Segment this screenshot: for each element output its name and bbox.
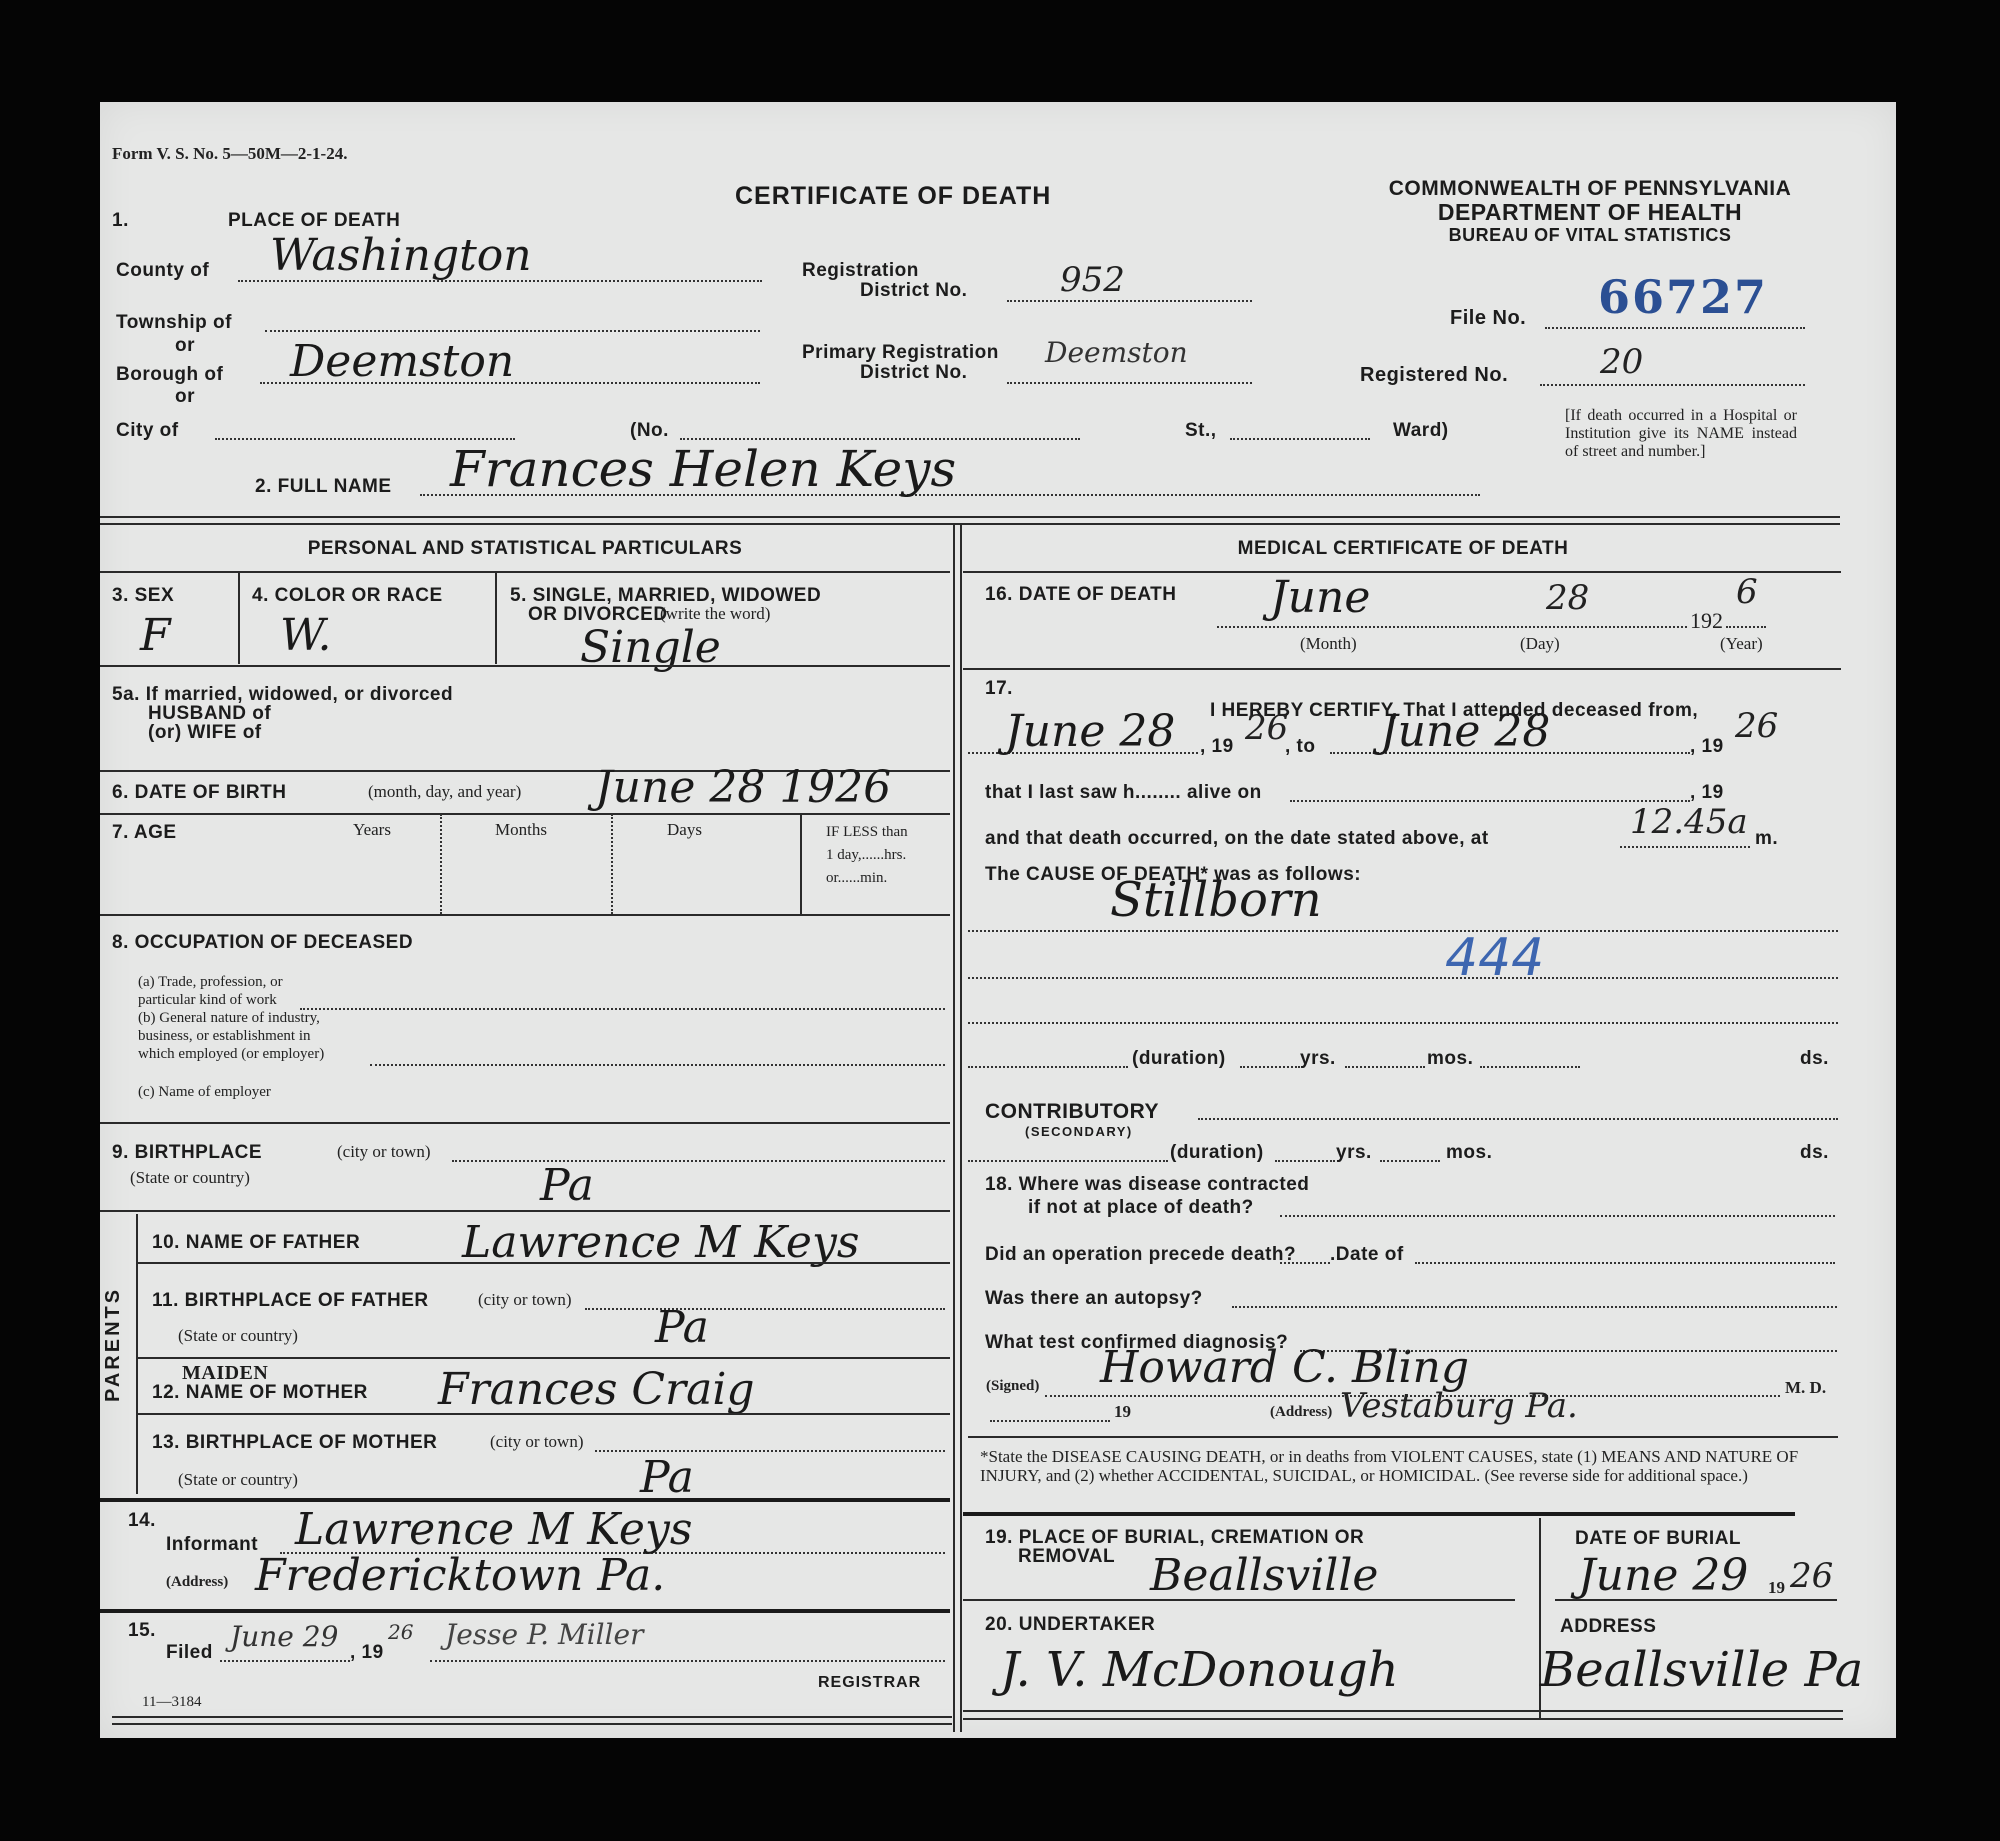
agency-line-2: DEPARTMENT OF HEALTH [1360, 199, 1820, 226]
file-no-line [1545, 327, 1805, 329]
primary-reg-line [1007, 382, 1252, 384]
cause-value[interactable]: Stillborn [1110, 872, 1322, 928]
certificate-title: CERTIFICATE OF DEATH [735, 182, 1051, 211]
operation-question: Did an operation precede death? [985, 1244, 1296, 1266]
age-months-label: Months [495, 820, 547, 840]
column-divider-right [960, 525, 962, 1732]
registrar-line [430, 1660, 945, 1662]
primary-reg-value[interactable]: Deemston [1045, 336, 1188, 369]
yrs-label-1: yrs. [1300, 1048, 1336, 1070]
rule-after-dob [100, 813, 950, 815]
attended-from-19: , 19 [1200, 736, 1234, 758]
bottom-rule-right-1 [963, 1710, 1843, 1712]
mos-label-1: mos. [1427, 1048, 1473, 1070]
date-of-death-day[interactable]: 28 [1546, 578, 1589, 618]
age-divider-2 [611, 814, 613, 914]
informant-address-label: (Address) [166, 1574, 228, 1591]
rule-after-father [138, 1262, 950, 1264]
informant-address-value[interactable]: Fredericktown Pa. [255, 1550, 665, 1601]
informant-value[interactable]: Lawrence M Keys [295, 1504, 692, 1555]
father-name-value[interactable]: Lawrence M Keys [462, 1217, 859, 1268]
mother-birthplace-city-hint: (city or town) [490, 1432, 583, 1452]
month-caption: (Month) [1300, 634, 1357, 654]
reg-district-value[interactable]: 952 [1060, 260, 1125, 300]
full-name-label: 2. FULL NAME [255, 476, 392, 498]
attended-to-date[interactable]: June 28 [1380, 706, 1550, 757]
sign-year-label: 19 [1114, 1402, 1131, 1422]
age-days-label: Days [667, 820, 702, 840]
city-label: City of [116, 420, 179, 442]
filed-year-value[interactable]: 26 [388, 1620, 413, 1644]
occupation-c: (c) Name of employer [138, 1084, 271, 1101]
informant-label: Informant [166, 1534, 258, 1556]
mother-birthplace-label: 13. BIRTHPLACE OF MOTHER [152, 1432, 437, 1454]
bottom-rule-right-2 [963, 1718, 1843, 1720]
cause-line-1 [968, 930, 1838, 932]
date-of-death-year-line [1726, 626, 1766, 628]
rule-after-informant [100, 1609, 950, 1613]
filed-item-number: 15. [128, 1620, 156, 1642]
last-saw-text: that I last saw h........ alive on [985, 782, 1262, 804]
secondary-label: (SECONDARY) [1025, 1124, 1133, 1139]
duration-label-1: (duration) [1132, 1048, 1226, 1070]
mother-birthplace-value[interactable]: Pa [640, 1452, 694, 1503]
agency-line-3: BUREAU OF VITAL STATISTICS [1360, 225, 1820, 246]
operation-answer-line [1280, 1262, 1330, 1264]
occupation-b-3: which employed (or employer) [138, 1046, 324, 1063]
death-time-value[interactable]: 12.45a [1630, 802, 1748, 842]
sign-date-line [990, 1420, 1110, 1422]
father-birthplace-line [585, 1308, 945, 1310]
rule-after-personal-heading [100, 571, 950, 573]
file-no-stamp: 66727 [1598, 270, 1768, 324]
autopsy-line [1232, 1306, 1837, 1308]
rule-after-date-of-death [963, 668, 1841, 670]
medical-heading: MEDICAL CERTIFICATE OF DEATH [963, 538, 1843, 560]
operation-date-label: .Date of [1330, 1244, 1404, 1266]
q18-line [1280, 1215, 1835, 1217]
rule-after-parents [100, 1498, 950, 1502]
date-of-death-line [1217, 626, 1687, 628]
place-of-death-heading: PLACE OF DEATH [228, 210, 400, 232]
undertaker-label: 20. UNDERTAKER [985, 1614, 1155, 1636]
filed-date-line [220, 1660, 350, 1662]
duration-yrs-line-1 [1240, 1066, 1300, 1068]
sex-race-divider [238, 572, 240, 664]
cause-footnote: *State the DISEASE CAUSING DEATH, or in … [980, 1447, 1838, 1485]
to-label: , to [1285, 736, 1316, 758]
occupation-a-1: (a) Trade, profession, or [138, 974, 283, 991]
or-label-2: or [175, 386, 195, 408]
agency-line-1: COMMONWEALTH OF PENNSYLVANIA [1360, 177, 1820, 201]
dob-value[interactable]: June 28 1926 [595, 762, 891, 813]
reg-district-label-2: District No. [860, 280, 967, 302]
race-value[interactable]: W. [280, 610, 332, 661]
father-birthplace-value[interactable]: Pa [655, 1302, 709, 1353]
cause-line-2 [968, 977, 1838, 979]
rule-after-age [100, 914, 950, 916]
age-less-1: IF LESS than [826, 824, 908, 841]
informant-item-number: 14. [128, 1510, 156, 1532]
spouse-label-3: (or) WIFE of [148, 722, 262, 744]
header-rule-top [100, 516, 1840, 518]
rule-after-mother [138, 1413, 950, 1415]
father-name-label: 10. NAME OF FATHER [152, 1232, 360, 1254]
age-less-3: or......min. [826, 870, 887, 887]
filed-label: Filed [166, 1642, 213, 1664]
birthplace-value[interactable]: Pa [540, 1160, 594, 1211]
death-time-suffix: m. [1755, 828, 1778, 850]
contributory-label: CONTRIBUTORY [985, 1100, 1159, 1124]
autopsy-question: Was there an autopsy? [985, 1288, 1203, 1310]
county-label: County of [116, 260, 209, 282]
cause-line-3 [968, 1022, 1838, 1024]
date-of-death-label: 16. DATE OF DEATH [985, 584, 1176, 606]
contributory-line [1198, 1118, 1838, 1120]
rule-after-burial-place [963, 1599, 1515, 1601]
header-rule-bottom [100, 523, 1840, 525]
burial-year-value[interactable]: 26 [1790, 1556, 1833, 1596]
duration-mos-line-1 [1345, 1066, 1425, 1068]
undertaker-address-label: ADDRESS [1560, 1616, 1656, 1638]
age-divider-3 [800, 814, 802, 914]
age-years-label: Years [353, 820, 391, 840]
parents-side-label: PARENTS [102, 1287, 125, 1402]
borough-value[interactable]: Deemston [290, 336, 514, 387]
age-divider-1 [440, 814, 442, 914]
sex-label: 3. SEX [112, 585, 174, 607]
rule-before-burial [963, 1512, 1795, 1516]
street-label: St., [1185, 420, 1217, 442]
duration-line-2a [968, 1160, 1168, 1162]
death-time-line [1620, 846, 1750, 848]
rule-after-father-bp [138, 1357, 950, 1359]
mos-label-2: mos. [1446, 1142, 1492, 1164]
rule-after-occupation [100, 1122, 950, 1124]
physician-address-value[interactable]: Vestaburg Pa. [1340, 1386, 1578, 1426]
rule-before-parents [100, 1210, 950, 1212]
filed-year-prefix: , 19 [350, 1642, 384, 1664]
ward-label: Ward) [1393, 420, 1449, 442]
mother-name-label: 12. NAME OF MOTHER [152, 1382, 368, 1404]
item-1-number: 1. [112, 210, 129, 232]
registrar-label: REGISTRAR [818, 1674, 921, 1692]
occupation-b-line [370, 1064, 945, 1066]
race-label: 4. COLOR OR RACE [252, 585, 443, 607]
township-line [265, 330, 760, 332]
attended-to-19: , 19 [1690, 736, 1724, 758]
registrar-signature[interactable]: Jesse P. Miller [445, 1618, 643, 1651]
occupation-b-1: (b) General nature of industry, [138, 1010, 320, 1027]
age-less-2: 1 day,......hrs. [826, 847, 906, 864]
or-label-1: or [175, 335, 195, 357]
day-caption: (Day) [1520, 634, 1560, 654]
year-caption: (Year) [1720, 634, 1763, 654]
ward-line [1230, 438, 1370, 440]
father-birthplace-city-hint: (city or town) [478, 1290, 571, 1310]
mother-birthplace-state-hint: (State or country) [178, 1470, 298, 1490]
date-of-death-month[interactable]: June [1270, 572, 1370, 623]
ds-label-2: ds. [1800, 1142, 1829, 1164]
attended-from-date[interactable]: June 28 [1005, 706, 1175, 757]
dob-label: 6. DATE OF BIRTH [112, 782, 286, 804]
burial-year-prefix: 19 [1768, 1578, 1785, 1598]
occupation-label: 8. OCCUPATION OF DECEASED [112, 932, 413, 954]
operation-date-line [1415, 1262, 1835, 1264]
physician-address-label: (Address) [1270, 1404, 1332, 1421]
print-code: 11—3184 [142, 1694, 201, 1711]
birthplace-city-hint: (city or town) [337, 1142, 430, 1162]
dob-hint: (month, day, and year) [368, 782, 521, 802]
primary-reg-label-1: Primary Registration [802, 342, 999, 364]
sex-value[interactable]: F [140, 610, 171, 661]
registered-no-label: Registered No. [1360, 364, 1508, 387]
signed-label: (Signed) [986, 1378, 1039, 1395]
reg-district-line [1007, 300, 1252, 302]
ds-label-1: ds. [1800, 1048, 1829, 1070]
county-value[interactable]: Washington [270, 230, 532, 281]
duration-yrs-line-2 [1275, 1160, 1335, 1162]
marital-hint: (write the word) [660, 604, 770, 624]
birthplace-city-line [452, 1160, 945, 1162]
reg-district-label-1: Registration [802, 260, 919, 282]
bottom-rule-2 [112, 1723, 952, 1725]
rule-after-signature [968, 1436, 1838, 1438]
attended-from-year[interactable]: 26 [1245, 708, 1288, 748]
burial-date-label: DATE OF BURIAL [1575, 1528, 1741, 1550]
birthplace-state-hint: (State or country) [130, 1168, 250, 1188]
undertaker-address-value[interactable]: Beallsville Pa [1540, 1642, 1863, 1698]
township-label: Township of [116, 312, 232, 334]
bottom-rule-1 [112, 1716, 952, 1718]
last-saw-year: , 19 [1690, 782, 1724, 804]
occupation-a-2: particular kind of work [138, 992, 277, 1009]
registered-no-line [1540, 384, 1805, 386]
personal-heading: PERSONAL AND STATISTICAL PARTICULARS [100, 538, 950, 560]
filed-date-value[interactable]: June 29 [230, 1620, 338, 1653]
occupation-a-line [300, 1008, 945, 1010]
attended-to-year[interactable]: 26 [1735, 706, 1778, 746]
father-birthplace-label: 11. BIRTHPLACE OF FATHER [152, 1290, 429, 1312]
rule-after-sex [100, 665, 950, 667]
q18-line-2: if not at place of death? [1028, 1197, 1254, 1219]
form-number: Form V. S. No. 5—50M—2-1-24. [112, 144, 347, 164]
duration-line-1a [968, 1066, 1128, 1068]
duration-ds-line-1 [1480, 1066, 1580, 1068]
yrs-label-2: yrs. [1336, 1142, 1372, 1164]
date-of-death-year-suffix[interactable]: 6 [1736, 572, 1758, 612]
mother-name-value[interactable]: Frances Craig [438, 1364, 755, 1415]
burial-place-value[interactable]: Beallsville [1150, 1550, 1378, 1601]
registered-no-value[interactable]: 20 [1600, 342, 1643, 382]
death-certificate-paper: Form V. S. No. 5—50M—2-1-24. CERTIFICATE… [100, 102, 1896, 1738]
parents-bracket [136, 1214, 138, 1494]
street-no-label: (No. [630, 420, 669, 442]
full-name-value[interactable]: Frances Helen Keys [450, 440, 956, 498]
duration-mos-line-2 [1380, 1160, 1440, 1162]
column-divider-left [953, 525, 955, 1732]
date-of-death-year-prefix: 192 [1690, 608, 1723, 634]
father-birthplace-state-hint: (State or country) [178, 1326, 298, 1346]
age-label: 7. AGE [112, 822, 177, 844]
occupation-b-2: business, or establishment in [138, 1028, 311, 1045]
rule-after-medical-heading [963, 571, 1841, 573]
file-no-label: File No. [1450, 307, 1526, 330]
item-17-number: 17. [985, 678, 1013, 700]
race-marital-divider [495, 572, 497, 664]
hospital-note: [If death occurred in a Hospital or Inst… [1565, 407, 1797, 461]
q18-line-1: 18. Where was disease contracted [985, 1174, 1309, 1196]
rule-after-burial-date [1555, 1599, 1837, 1601]
burial-date-value[interactable]: June 29 [1578, 1550, 1748, 1601]
birthplace-label: 9. BIRTHPLACE [112, 1142, 262, 1164]
cause-code: 444 [1445, 928, 1544, 988]
md-label: M. D. [1785, 1378, 1826, 1398]
borough-label: Borough of [116, 364, 223, 386]
duration-label-2: (duration) [1170, 1142, 1264, 1164]
primary-reg-label-2: District No. [860, 362, 967, 384]
death-time-text: and that death occurred, on the date sta… [985, 828, 1489, 850]
burial-place-label-2: REMOVAL [1018, 1546, 1115, 1568]
undertaker-value[interactable]: J. V. McDonough [1000, 1642, 1399, 1698]
